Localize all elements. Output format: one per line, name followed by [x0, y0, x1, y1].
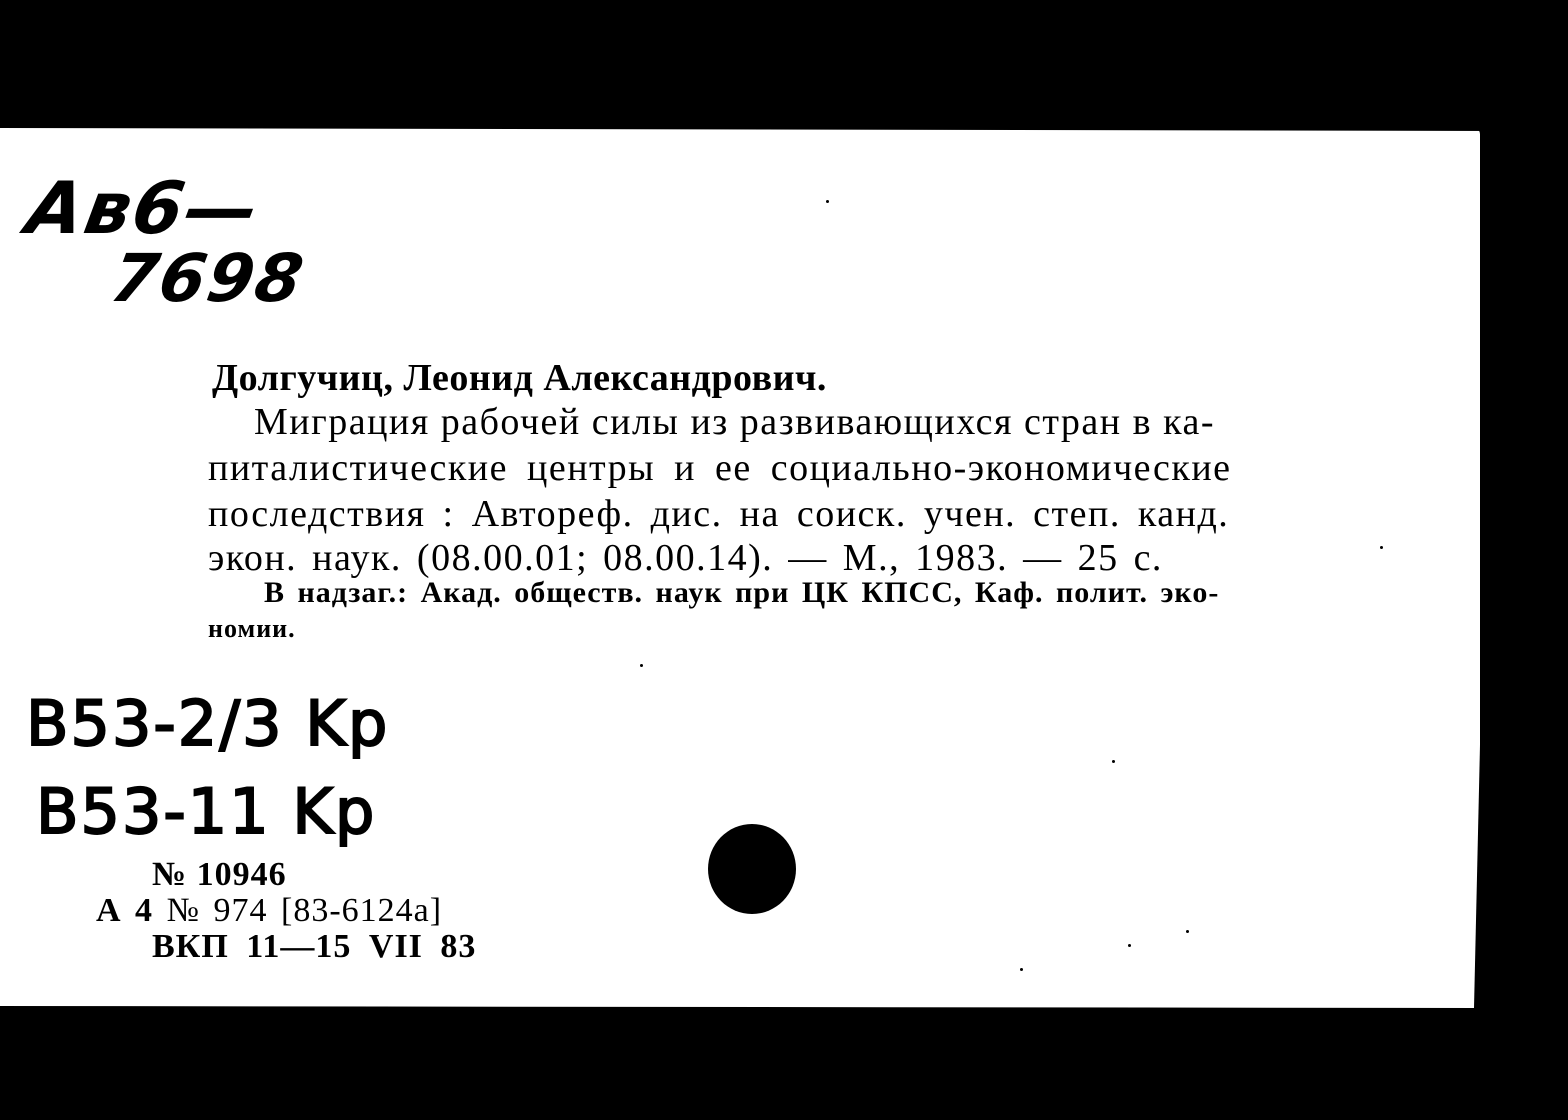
speck: [1128, 944, 1131, 947]
series-prefix: А 4: [96, 892, 153, 929]
speck: [1020, 968, 1023, 971]
punch-hole: [708, 824, 796, 914]
record-number: № 10946: [152, 856, 287, 894]
speck: [1112, 760, 1115, 763]
author-heading: Долгучиц, Леонид Александрович.: [212, 356, 827, 400]
title-line-3: последствия : Автореф. дис. на соиск. уч…: [208, 492, 1229, 536]
title-line-4: экон. наук. (08.00.01; 08.00.14). — М., …: [208, 536, 1163, 580]
shelf-mark-1: B53-2/3 Kp: [26, 688, 389, 760]
speck: [826, 200, 829, 203]
series-number: А 4 № 974 [83-6124а]: [96, 892, 442, 930]
catalog-card: Ав6— 7698 Долгучиц, Леонид Александрович…: [0, 128, 1480, 1008]
speck: [1186, 930, 1189, 933]
call-number-line-2: 7698: [106, 243, 310, 315]
book-chamber-stamp: ВКП 11—15 VII 83: [152, 928, 476, 966]
speck: [640, 664, 643, 667]
title-line-1: Миграция рабочей силы из развивающихся с…: [254, 400, 1215, 444]
speck: [1380, 546, 1383, 549]
title-line-2: питалистические центры и ее социально-эк…: [208, 446, 1232, 490]
note-line-2: номии.: [208, 614, 296, 644]
note-line-1: В надзаг.: Акад. обществ. наук при ЦК КП…: [264, 576, 1219, 610]
call-number-line-1: Ав6—: [21, 168, 266, 248]
shelf-mark-2: B53-11 Kp: [36, 776, 376, 848]
series-rest: № 974 [83-6124а]: [167, 892, 443, 929]
